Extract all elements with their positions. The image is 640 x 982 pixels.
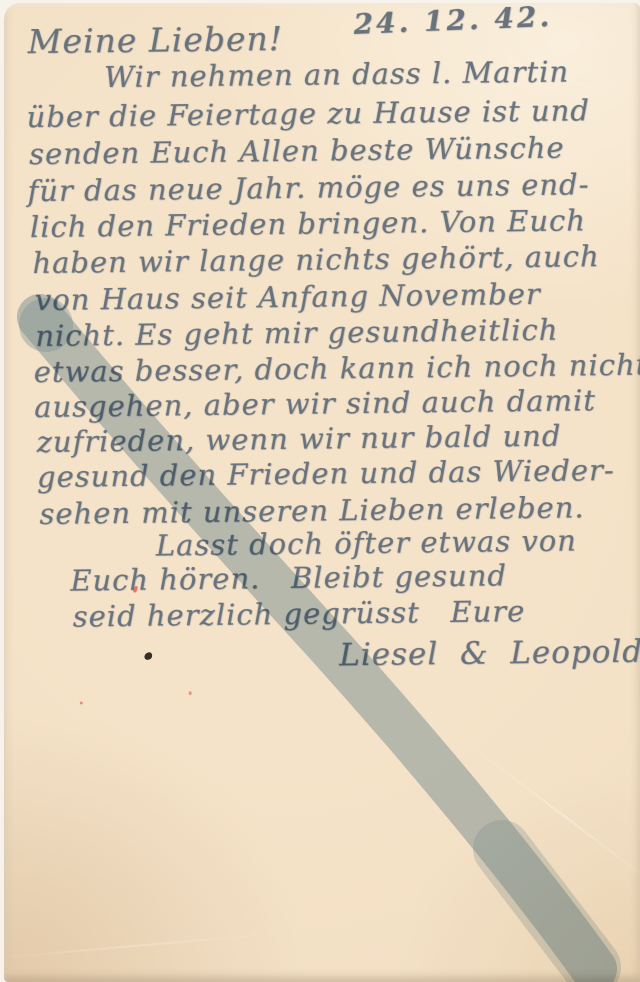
letter-line: von Haus seit Anfang November xyxy=(35,280,541,315)
scanned-postcard: 24. 12. 42. Meine Lieben! Wir nehmen an … xyxy=(0,0,640,982)
letter-line: Wir nehmen an dass l. Martin xyxy=(104,57,569,92)
letter-line: gesund den Frieden und das Wieder- xyxy=(37,456,615,492)
letter-line: Lasst doch öfter etwas von xyxy=(156,526,577,560)
postcard-paper: 24. 12. 42. Meine Lieben! Wir nehmen an … xyxy=(4,3,640,982)
ink-spot xyxy=(143,652,153,661)
letter-line: etwas besser, doch kann ich noch nicht xyxy=(34,351,640,388)
handwriting-layer: 24. 12. 42. Meine Lieben! Wir nehmen an … xyxy=(3,0,640,982)
signature-text: Liesel & Leopold xyxy=(339,637,640,672)
letter-line: seid herzlich gegrüsst Eure xyxy=(73,597,526,632)
letter-line: senden Euch Allen beste Wünsche xyxy=(29,134,565,170)
letter-line: ausgehen, aber wir sind auch damit xyxy=(34,386,596,422)
letter-line: nicht. Es geht mir gesundheitlich xyxy=(35,316,558,351)
letter-line: haben wir lange nichts gehört, auch xyxy=(32,242,600,278)
letter-line: für das neue Jahr. möge es uns end- xyxy=(27,170,589,206)
letter-line: über die Feiertage zu Hause ist und xyxy=(26,96,590,132)
letter-line: lich den Frieden bringen. Von Euch xyxy=(30,206,586,242)
red-ink-speck xyxy=(80,701,83,704)
red-ink-speck xyxy=(189,691,192,695)
date-text: 24. 12. 42. xyxy=(353,3,553,39)
letter-line: zufrieden, wenn wir nur bald und xyxy=(36,422,561,457)
greeting-text: Meine Lieben! xyxy=(28,22,284,58)
